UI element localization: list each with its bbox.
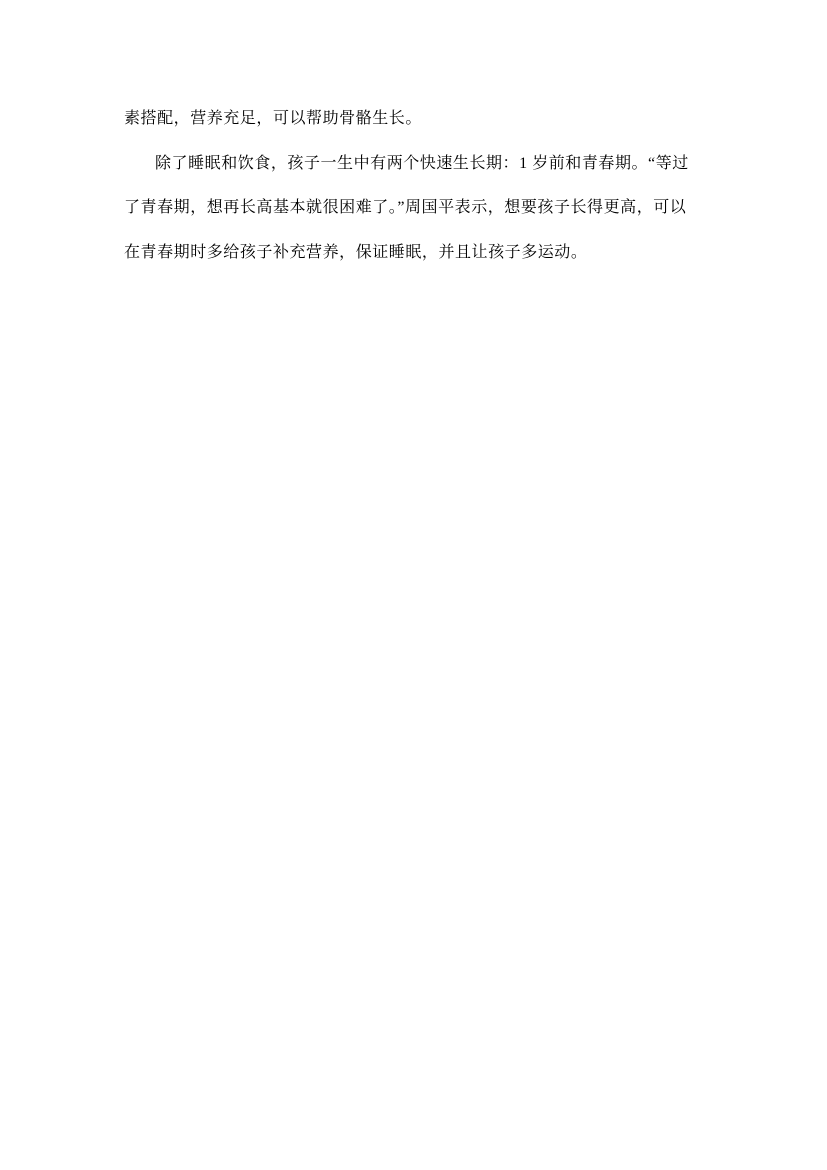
document-page: 素搭配，营养充足，可以帮助骨骼生长。 除了睡眠和饮食，孩子一生中有两个快速生长期… bbox=[0, 0, 827, 1170]
paragraph2-line-3: 在青春期时多给孩子补充营养，保证睡眠，并且让孩子多运动。 bbox=[124, 231, 710, 276]
text-block: 素搭配，营养充足，可以帮助骨骼生长。 除了睡眠和饮食，孩子一生中有两个快速生长期… bbox=[124, 97, 710, 276]
paragraph1-continuation-line: 素搭配，营养充足，可以帮助骨骼生长。 bbox=[124, 97, 710, 142]
paragraph2-line-2: 了青春期，想再长高基本就很困难了。”周国平表示，想要孩子长得更高，可以 bbox=[124, 186, 710, 231]
paragraph2-line-1: 除了睡眠和饮食，孩子一生中有两个快速生长期：1 岁前和青春期。“等过 bbox=[124, 142, 710, 187]
